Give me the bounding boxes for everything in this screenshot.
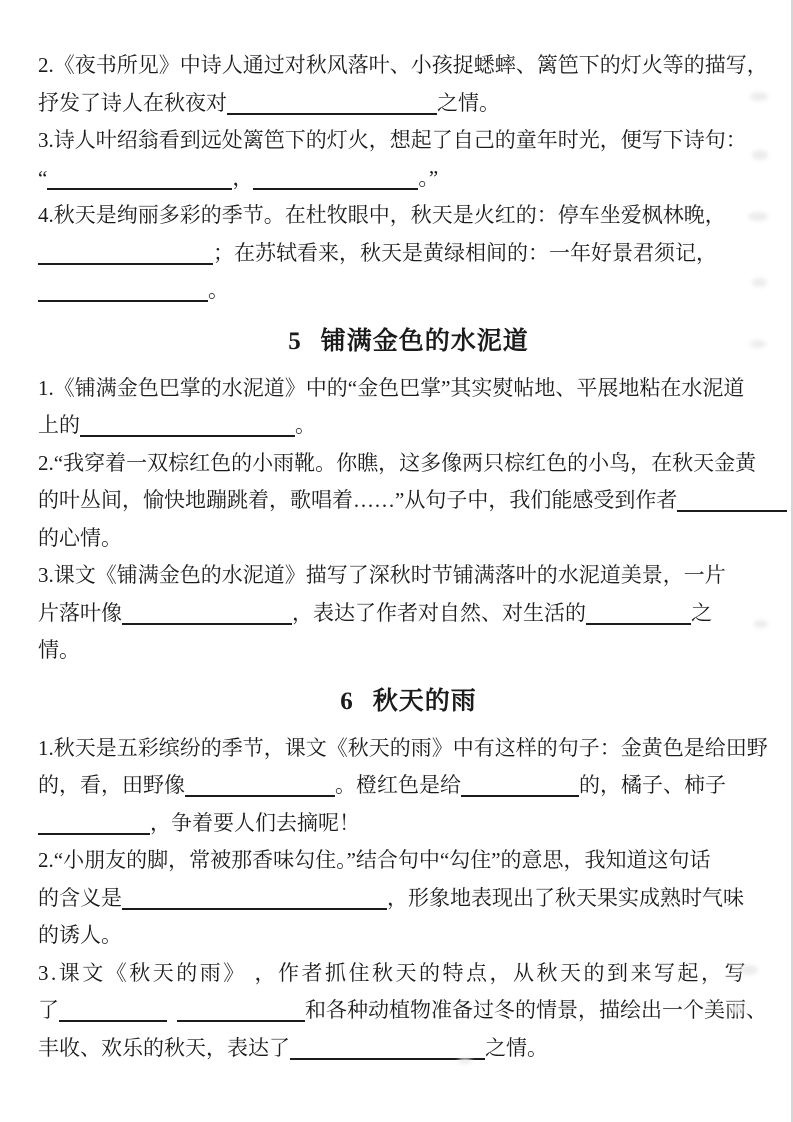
text-run: ，形象地表现出了秋天果实成熟时气味 [387,886,744,910]
text-line: 的叶丛间，愉快地蹦跳着，歌唱着……”从句子中，我们能感受到作者 [38,482,779,520]
text-run: 。橙红色是给 [335,773,461,797]
fill-in-blank-line [38,300,208,302]
text-run: 3.诗人叶绍翁看到远处篱笆下的灯火，想起了自己的童年时光，便写下诗句： [38,128,747,152]
fill-in-blank-line [80,435,295,437]
section-heading: 6秋天的雨 [38,682,779,722]
text-run: ，表达了作者对自然、对生活的 [292,601,586,625]
text-line: 的含义是，形象地表现出了秋天果实成熟时气味 [38,880,779,918]
scan-smudge [730,1005,744,1013]
text-run: 情。 [38,638,80,662]
text-line: 的，看，田野像。橙红色是给的，橘子、柿子 [38,767,779,805]
text-run: 上的 [38,413,80,437]
text-line: “，。” [38,160,779,198]
paragraph-block: 1.秋天是五彩缤纷的季节，课文《秋天的雨》中有这样的句子：金黄色是给田野的，看，… [38,730,779,1068]
text-line: 2.“我穿着一双棕红色的小雨靴。你瞧，这多像两只棕红色的小鸟，在秋天金黄 [38,445,779,483]
text-line: 了和各种动植物准备过冬的情景，描绘出一个美丽、 [38,992,779,1030]
text-run: 抒发了诗人在秋夜对 [38,91,227,115]
text-run: 。 [295,413,316,437]
scan-smudge [750,92,768,101]
scan-smudge [750,340,766,348]
fill-in-blank-line [461,795,579,797]
scan-smudge [754,620,768,628]
text-run: 。” [418,166,438,190]
text-line: 1.《铺满金色巴掌的水泥道》中的“金色巴掌”其实熨帖地、平展地粘在水泥道 [38,370,779,408]
fill-in-blank-line [38,833,150,835]
scan-smudge [458,1058,472,1064]
text-run: ，争着要人们去摘呢！ [150,811,360,835]
text-run: ， [232,166,253,190]
text-run: 2.“小朋友的脚，常被那香味勾住。”结合句中“勾住”的意思，我知道这句话 [38,848,711,872]
fill-in-blank-line [59,1020,167,1022]
text-run: 1.秋天是五彩缤纷的季节，课文《秋天的雨》中有这样的句子：金黄色是给田野 [38,736,768,760]
text-line: 4.秋天是绚丽多彩的季节。在杜牧眼中，秋天是火红的：停车坐爱枫林晚， [38,197,779,235]
fill-in-blank-line [227,113,437,115]
text-run: 丰收、欢乐的秋天，表达了 [38,1036,290,1060]
text-run: 4.秋天是绚丽多彩的季节。在杜牧眼中，秋天是火红的：停车坐爱枫林晚， [38,203,726,227]
text-run: 3.课文《铺满金色的水泥道》描写了深秋时节铺满落叶的水泥道美景，一片 [38,563,726,587]
fill-in-blank-line [122,623,292,625]
section-number: 6 [340,688,353,715]
text-line: 片落叶像，表达了作者对自然、对生活的之 [38,595,779,633]
text-run: 2.“我穿着一双棕红色的小雨靴。你瞧，这多像两只棕红色的小鸟，在秋天金黄 [38,451,756,475]
fill-in-blank-line [177,1020,305,1022]
text-run: “ [38,166,47,190]
text-run: 的心情。 [38,526,122,550]
paragraph-block: 2.《夜书所见》中诗人通过对秋风落叶、小孩捉蟋蟀、篱笆下的灯火等的描写，抒发了诗… [38,47,779,310]
text-run: 的，看，田野像 [38,773,185,797]
text-run: 的，橘子、柿子 [579,773,726,797]
text-line: 上的。 [38,407,779,445]
text-run: 。 [208,278,229,302]
text-line: ，争着要人们去摘呢！ [38,805,779,843]
text-line: 3.课文《铺满金色的水泥道》描写了深秋时节铺满落叶的水泥道美景，一片 [38,557,779,595]
text-line: 丰收、欢乐的秋天，表达了之情。 [38,1030,779,1068]
text-run: 了 [38,998,59,1022]
section-title: 秋天的雨 [373,688,477,715]
text-line: 情。 [38,632,779,670]
fill-in-blank-line [586,623,691,625]
text-run: ；在苏轼看来，秋天是黄绿相间的：一年好景君须记， [213,241,717,265]
fill-in-blank-line [185,795,335,797]
text-line: 2.“小朋友的脚，常被那香味勾住。”结合句中“勾住”的意思，我知道这句话 [38,842,779,880]
text-run: 之 [691,601,712,625]
fill-in-blank-line [677,510,787,512]
text-line: 3.课文《秋天的雨》 ，作者抓住秋天的特点，从秋天的到来写起，写 [38,955,779,993]
fill-in-blank-line [122,908,387,910]
scan-smudge [748,212,768,221]
scan-smudge [740,965,758,975]
text-line: 抒发了诗人在秋夜对之情。 [38,85,779,123]
scan-smudge [752,150,768,160]
text-run: 的诱人。 [38,923,122,947]
text-line: ；在苏轼看来，秋天是黄绿相间的：一年好景君须记， [38,235,779,273]
section-heading: 5铺满金色的水泥道 [38,322,779,362]
text-line: 。 [38,272,779,310]
section-number: 5 [288,328,301,355]
text-run: 和各种动植物准备过冬的情景，描绘出一个美丽、 [305,998,767,1022]
fill-in-blank-line [47,188,232,190]
text-run: 3.课文《秋天的雨》 ，作者抓住秋天的特点，从秋天的到来写起，写 [38,961,748,985]
text-line: 的心情。 [38,520,779,558]
fill-in-blank-line [253,188,418,190]
text-run: 之情。 [437,91,500,115]
fill-in-blank-line [38,263,213,265]
text-line: 3.诗人叶绍翁看到远处篱笆下的灯火，想起了自己的童年时光，便写下诗句： [38,122,779,160]
section-title: 铺满金色的水泥道 [321,328,529,355]
fill-in-blank-line [290,1058,485,1060]
text-run: 的含义是 [38,886,122,910]
text-run: 的叶丛间，愉快地蹦跳着，歌唱着……”从句子中，我们能感受到作者 [38,488,677,512]
text-line: 的诱人。 [38,917,779,955]
text-run: 1.《铺满金色巴掌的水泥道》中的“金色巴掌”其实熨帖地、平展地粘在水泥道 [38,376,744,400]
paragraph-block: 1.《铺满金色巴掌的水泥道》中的“金色巴掌”其实熨帖地、平展地粘在水泥道上的。2… [38,370,779,670]
text-run: 片落叶像 [38,601,122,625]
text-line: 1.秋天是五彩缤纷的季节，课文《秋天的雨》中有这样的句子：金黄色是给田野 [38,730,779,768]
text-run: 2.《夜书所见》中诗人通过对秋风落叶、小孩捉蟋蟀、篱笆下的灯火等的描写， [38,53,768,77]
text-run: 之情。 [485,1036,548,1060]
document-page: 2.《夜书所见》中诗人通过对秋风落叶、小孩捉蟋蟀、篱笆下的灯火等的描写，抒发了诗… [0,0,793,1122]
text-line: 2.《夜书所见》中诗人通过对秋风落叶、小孩捉蟋蟀、篱笆下的灯火等的描写， [38,47,779,85]
scan-smudge [752,278,767,287]
